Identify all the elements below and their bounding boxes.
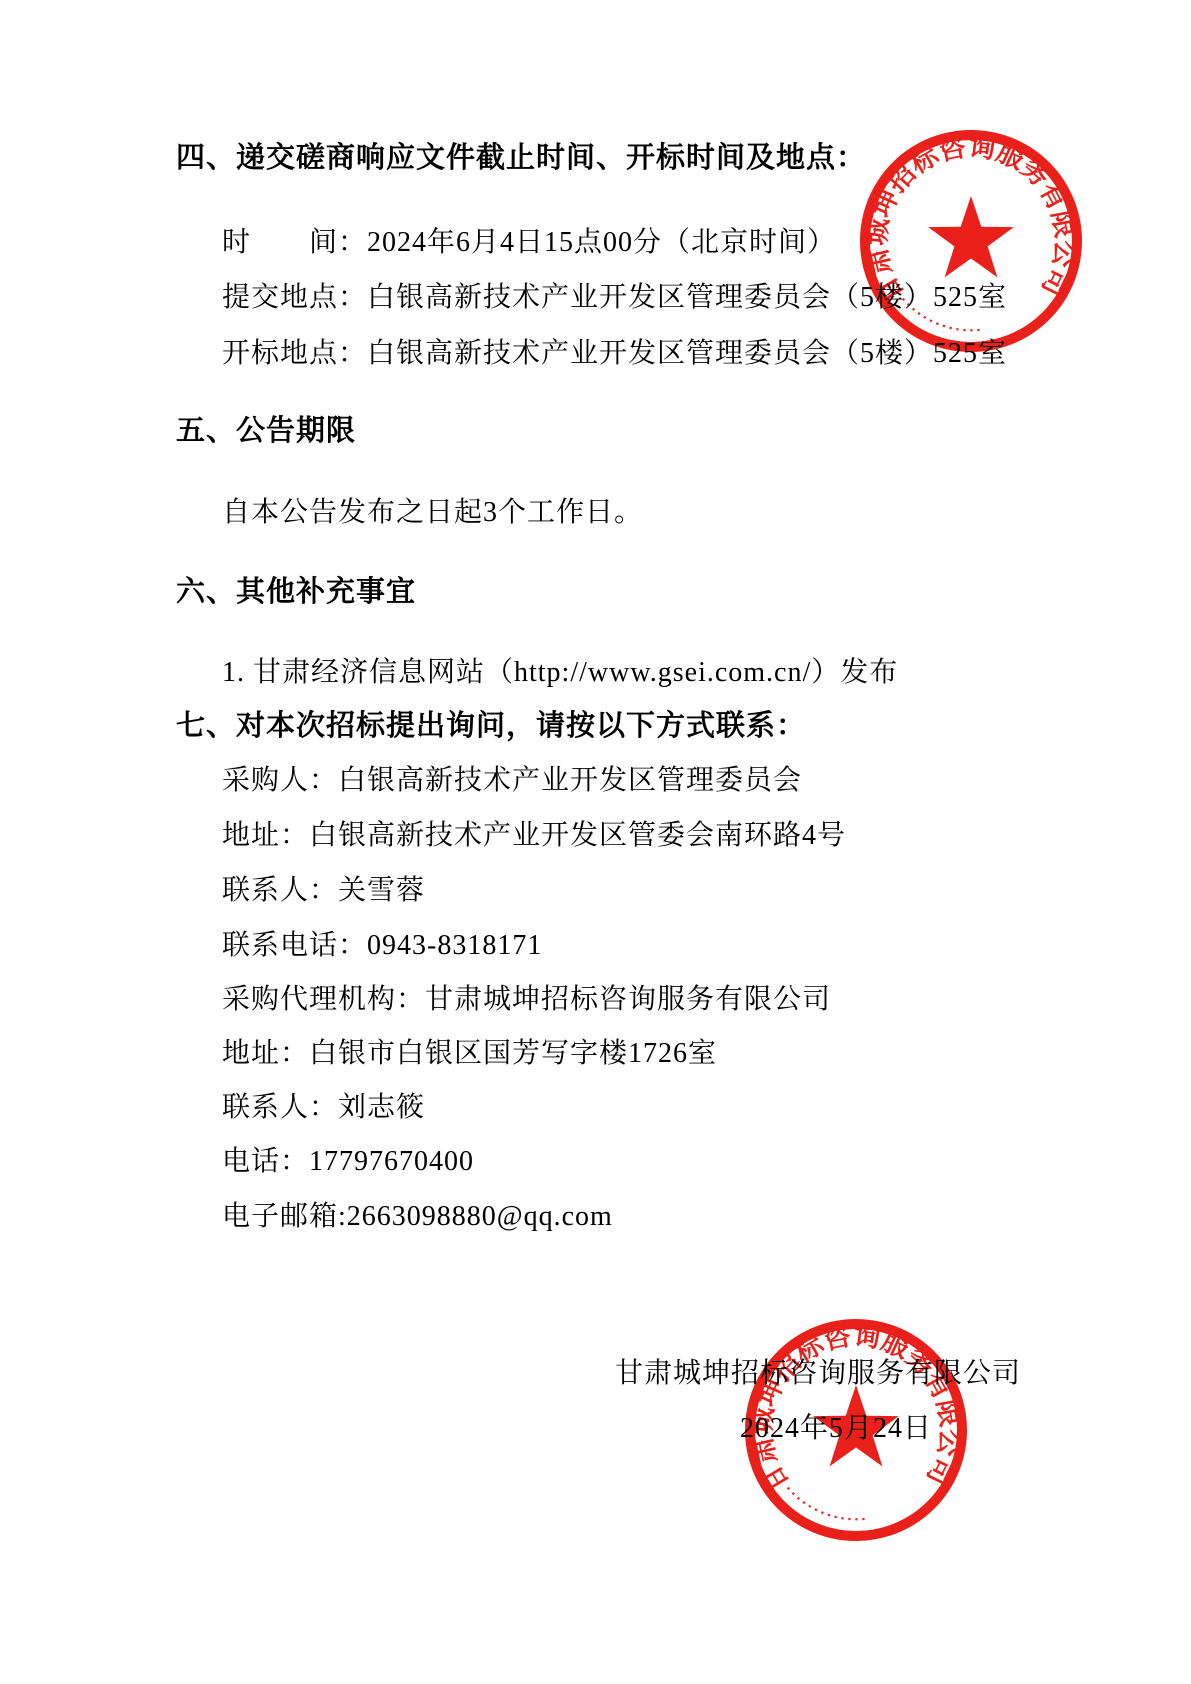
purchaser-phone-line: 联系电话：0943-8318171 [222, 929, 542, 963]
announcement-period-line: 自本公告发布之日起3个工作日。 [222, 496, 643, 530]
seal-star-icon [928, 196, 1014, 277]
agency-phone-line: 电话：17797670400 [222, 1145, 474, 1179]
agency-line: 采购代理机构：甘肃城坤招标咨询服务有限公司 [222, 983, 831, 1017]
seal-star-icon [813, 1385, 899, 1466]
agency-address-line: 地址：白银市白银区国芳写字楼1726室 [222, 1037, 717, 1071]
section-7-heading: 七、对本次招标提出询问，请按以下方式联系： [176, 708, 806, 744]
purchaser-line: 采购人：白银高新技术产业开发区管理委员会 [222, 764, 802, 798]
section-4-heading: 四、递交磋商响应文件截止时间、开标时间及地点： [176, 140, 866, 176]
agency-email-line: 电子邮箱:2663098880@qq.com [222, 1200, 613, 1234]
official-seal-top: 甘肃城坤招标咨询服务有限公司 ▪▪▪▪▪▪▪▪▪▪▪▪▪ [855, 125, 1087, 357]
agency-contact-line: 联系人：刘志筱 [222, 1091, 425, 1125]
publish-website-line: 1. 甘肃经济信息网站（http://www.gsei.com.cn/）发布 [222, 656, 898, 690]
purchaser-contact-line: 联系人：关雪蓉 [222, 874, 425, 908]
section-5-heading: 五、公告期限 [176, 413, 356, 449]
purchaser-address-line: 地址：白银高新技术产业开发区管委会南环路4号 [222, 819, 846, 853]
official-seal-bottom: 甘肃城坤招标咨询服务有限公司 ▪▪▪▪▪▪▪▪▪▪▪▪▪ [740, 1314, 972, 1546]
deadline-time-line: 时 间：2024年6月4日15点00分（北京时间） [222, 226, 836, 260]
section-6-heading: 六、其他补充事宜 [176, 574, 416, 610]
document-page: 四、递交磋商响应文件截止时间、开标时间及地点： 时 间：2024年6月4日15点… [0, 0, 1191, 1684]
